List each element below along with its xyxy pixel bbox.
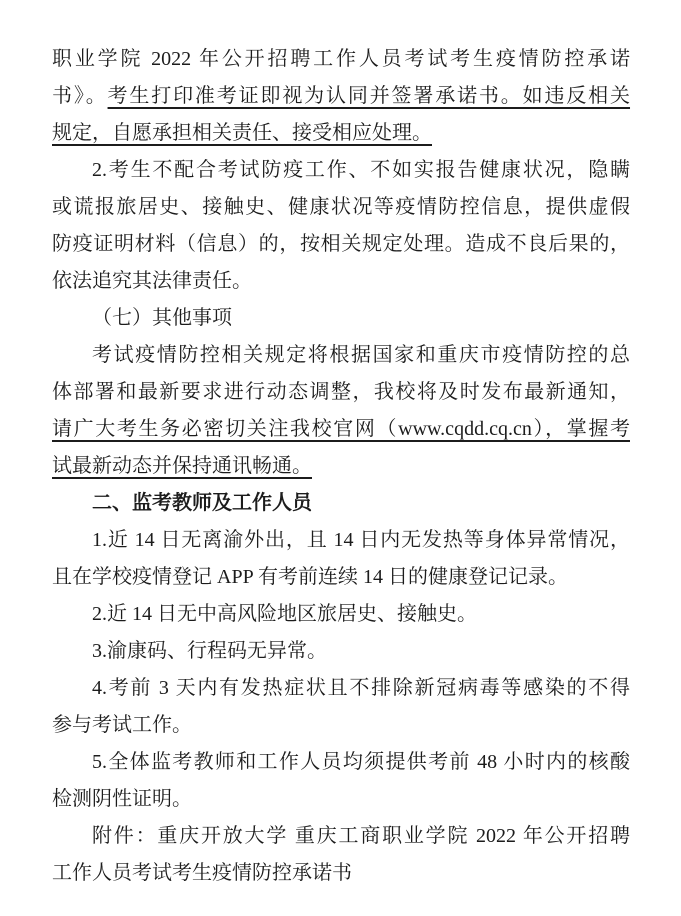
- doc-line-5: 或谎报旅居史、接触史、健康状况等疫情防控信息，提供虚假: [52, 189, 630, 226]
- text-segment: 参与考试工作。: [52, 714, 192, 736]
- text-segment: 且在学校疫情登记 APP 有考前连续 14 日的健康登记记录。: [52, 566, 568, 588]
- attachment-line: 工作人员考试考生疫情防控承诺书: [52, 855, 630, 892]
- text-segment: 3.渝康码、行程码无异常。: [92, 640, 327, 662]
- doc-line-12: 试最新动态并保持通讯畅通。: [52, 448, 630, 485]
- doc-line-20: 5.全体监考教师和工作人员均须提供考前 48 小时内的核酸: [52, 744, 630, 781]
- doc-line-7: 依法追究其法律责任。: [52, 263, 630, 300]
- text-segment: 职业学院 2022 年公开招聘工作人员考试考生疫情防控承诺: [52, 48, 630, 70]
- text-segment: 工作人员考试考生疫情防控承诺书: [52, 862, 352, 884]
- doc-line-10: 体部署和最新要求进行动态调整，我校将及时发布最新通知，: [52, 374, 630, 411]
- doc-line-1: 职业学院 2022 年公开招聘工作人员考试考生疫情防控承诺: [52, 41, 630, 78]
- attachment-line: 附件：重庆开放大学 重庆工商职业学院 2022 年公开招聘: [52, 818, 630, 855]
- heading-text: 二、监考教师及工作人员: [92, 492, 312, 514]
- text-segment: 2.近 14 日无中高风险地区旅居史、接触史。: [92, 603, 477, 625]
- doc-line-4: 2.考生不配合考试防疫工作、不如实报告健康状况，隐瞒: [52, 152, 630, 189]
- document-page: 职业学院 2022 年公开招聘工作人员考试考生疫情防控承诺 书》。考生打印准考证…: [0, 0, 681, 916]
- text-segment: 考试疫情防控相关规定将根据国家和重庆市疫情防控的总: [92, 344, 630, 366]
- doc-line-6: 防疫证明材料（信息）的，按相关规定处理。造成不良后果的，: [52, 226, 630, 263]
- doc-line-15: 且在学校疫情登记 APP 有考前连续 14 日的健康登记记录。: [52, 559, 630, 596]
- text-segment: 依法追究其法律责任。: [52, 270, 252, 292]
- underlined-commitment-text: 规定，自愿承担相关责任、接受相应处理。: [52, 122, 432, 144]
- text-segment: 5.全体监考教师和工作人员均须提供考前 48 小时内的核酸: [92, 751, 630, 773]
- text-segment: 2.考生不配合考试防疫工作、不如实报告健康状况，隐瞒: [92, 159, 630, 181]
- text-segment: 检测阴性证明。: [52, 788, 192, 810]
- doc-line-17: 3.渝康码、行程码无异常。: [52, 633, 630, 670]
- text-segment: 防疫证明材料（信息）的，按相关规定处理。造成不良后果的，: [52, 233, 630, 255]
- text-segment: 附件：重庆开放大学 重庆工商职业学院 2022 年公开招聘: [92, 825, 630, 847]
- text-segment: 体部署和最新要求进行动态调整，我校将及时发布最新通知，: [52, 381, 630, 403]
- doc-line-21: 检测阴性证明。: [52, 781, 630, 818]
- doc-line-16: 2.近 14 日无中高风险地区旅居史、接触史。: [52, 596, 630, 633]
- underlined-commitment-text: 考生打印准考证即视为认同并签署承诺书。如违反相关: [108, 85, 630, 107]
- text-segment: 书》。: [52, 85, 108, 107]
- doc-line-9: 考试疫情防控相关规定将根据国家和重庆市疫情防控的总: [52, 337, 630, 374]
- underlined-website-notice: 请广大考生务必密切关注我校官网（www.cqdd.cq.cn），掌握考: [52, 418, 630, 440]
- underlined-website-notice: 试最新动态并保持通讯畅通。: [52, 455, 312, 477]
- doc-line-19: 参与考试工作。: [52, 707, 630, 744]
- section-heading-other-matters: （七）其他事项: [52, 300, 630, 337]
- doc-line-11: 请广大考生务必密切关注我校官网（www.cqdd.cq.cn），掌握考: [52, 411, 630, 448]
- text-segment: 4.考前 3 天内有发热症状且不排除新冠病毒等感染的不得: [92, 677, 630, 699]
- text-segment: 1.近 14 日无离渝外出，且 14 日内无发热等身体异常情况，: [92, 529, 630, 551]
- heading-text: （七）其他事项: [92, 307, 232, 329]
- doc-line-14: 1.近 14 日无离渝外出，且 14 日内无发热等身体异常情况，: [52, 522, 630, 559]
- doc-line-3: 规定，自愿承担相关责任、接受相应处理。: [52, 115, 630, 152]
- section-heading-invigilators: 二、监考教师及工作人员: [52, 485, 630, 522]
- doc-line-2: 书》。考生打印准考证即视为认同并签署承诺书。如违反相关: [52, 78, 630, 115]
- doc-line-18: 4.考前 3 天内有发热症状且不排除新冠病毒等感染的不得: [52, 670, 630, 707]
- text-segment: 或谎报旅居史、接触史、健康状况等疫情防控信息，提供虚假: [52, 196, 630, 218]
